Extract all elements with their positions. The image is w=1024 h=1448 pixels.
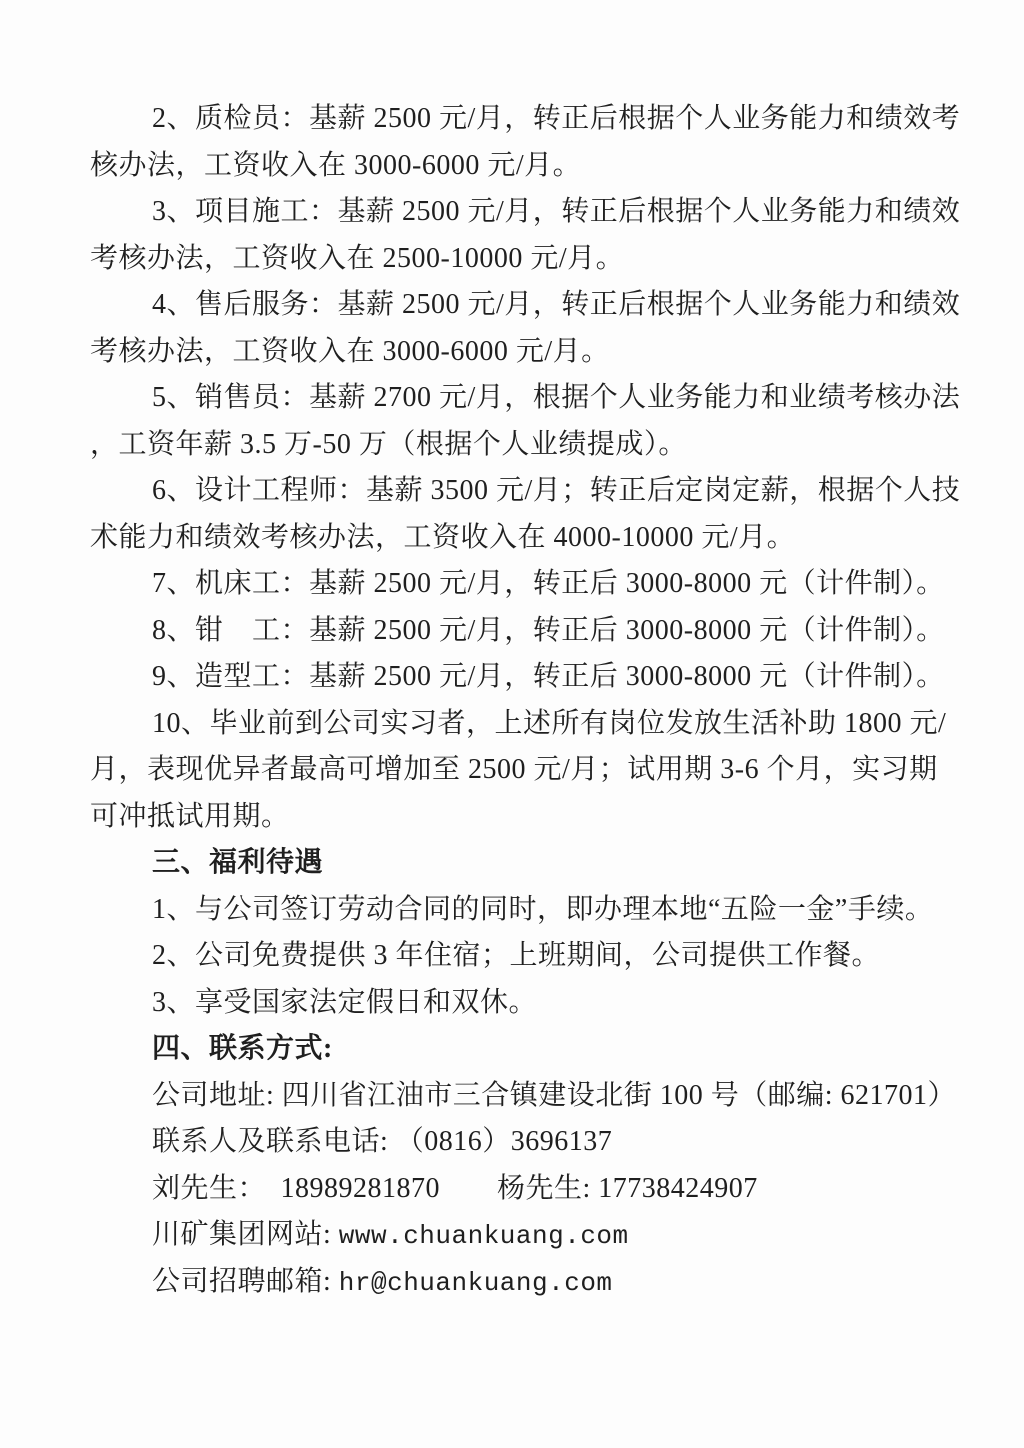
salary-intern-line-1: 10、毕业前到公司实习者，上述所有岗位发放生活补助 1800 元/ [90,701,940,748]
benefits-section-heading: 三、福利待遇 [90,840,940,887]
salary-qc-line-1: 2、质检员：基薪 2500 元/月，转正后根据个人业务能力和绩效考 [90,96,940,143]
document-page: 2、质检员：基薪 2500 元/月，转正后根据个人业务能力和绩效考 核办法，工资… [0,0,1024,1448]
salary-aftersales-line-2: 考核办法，工资收入在 3000-6000 元/月。 [90,329,940,376]
salary-machinist-line: 7、机床工：基薪 2500 元/月，转正后 3000-8000 元（计件制）。 [90,561,940,608]
salary-sales-line-2: ，工资年薪 3.5 万-50 万（根据个人业绩提成）。 [90,422,940,469]
salary-construction-line-1: 3、项目施工：基薪 2500 元/月，转正后根据个人业务能力和绩效 [90,189,940,236]
salary-sales-line-1: 5、销售员：基薪 2700 元/月，根据个人业务能力和业绩考核办法 [90,375,940,422]
salary-intern-line-2: 月，表现优异者最高可增加至 2500 元/月；试用期 3-6 个月，实习期 [90,747,940,794]
contact-address-line: 公司地址: 四川省江油市三合镇建设北街 100 号（邮编: 621701） [90,1073,940,1120]
salary-design-line-1: 6、设计工程师：基薪 3500 元/月；转正后定岗定薪，根据个人技 [90,468,940,515]
contact-email-line: 公司招聘邮箱: hr@chuankuang.com [90,1259,940,1306]
benefit-holiday-line: 3、享受国家法定假日和双休。 [90,980,940,1027]
document-content: 2、质检员：基薪 2500 元/月，转正后根据个人业务能力和绩效考 核办法，工资… [90,96,940,1305]
website-url: www.chuankuang.com [339,1221,629,1251]
salary-intern-line-3: 可冲抵试用期。 [90,794,940,841]
salary-qc-line-2: 核办法，工资收入在 3000-6000 元/月。 [90,143,940,190]
email-address: hr@chuankuang.com [339,1268,613,1298]
salary-construction-line-2: 考核办法，工资收入在 2500-10000 元/月。 [90,236,940,283]
email-label: 公司招聘邮箱: [152,1266,331,1297]
salary-aftersales-line-1: 4、售后服务：基薪 2500 元/月，转正后根据个人业务能力和绩效 [90,282,940,329]
salary-molder-line: 9、造型工：基薪 2500 元/月，转正后 3000-8000 元（计件制）。 [90,654,940,701]
salary-fitter-line: 8、钳 工：基薪 2500 元/月，转正后 3000-8000 元（计件制）。 [90,608,940,655]
contact-persons-line: 刘先生： 18989281870 杨先生: 17738424907 [90,1166,940,1213]
benefit-insurance-line: 1、与公司签订劳动合同的同时，即办理本地“五险一金”手续。 [90,887,940,934]
contact-website-line: 川矿集团网站: www.chuankuang.com [90,1212,940,1259]
website-label: 川矿集团网站: [152,1219,331,1250]
salary-design-line-2: 术能力和绩效考核办法，工资收入在 4000-10000 元/月。 [90,515,940,562]
benefit-housing-line: 2、公司免费提供 3 年住宿；上班期间，公司提供工作餐。 [90,933,940,980]
contact-section-heading: 四、联系方式: [90,1026,940,1073]
contact-phone-line: 联系人及联系电话: （0816）3696137 [90,1119,940,1166]
